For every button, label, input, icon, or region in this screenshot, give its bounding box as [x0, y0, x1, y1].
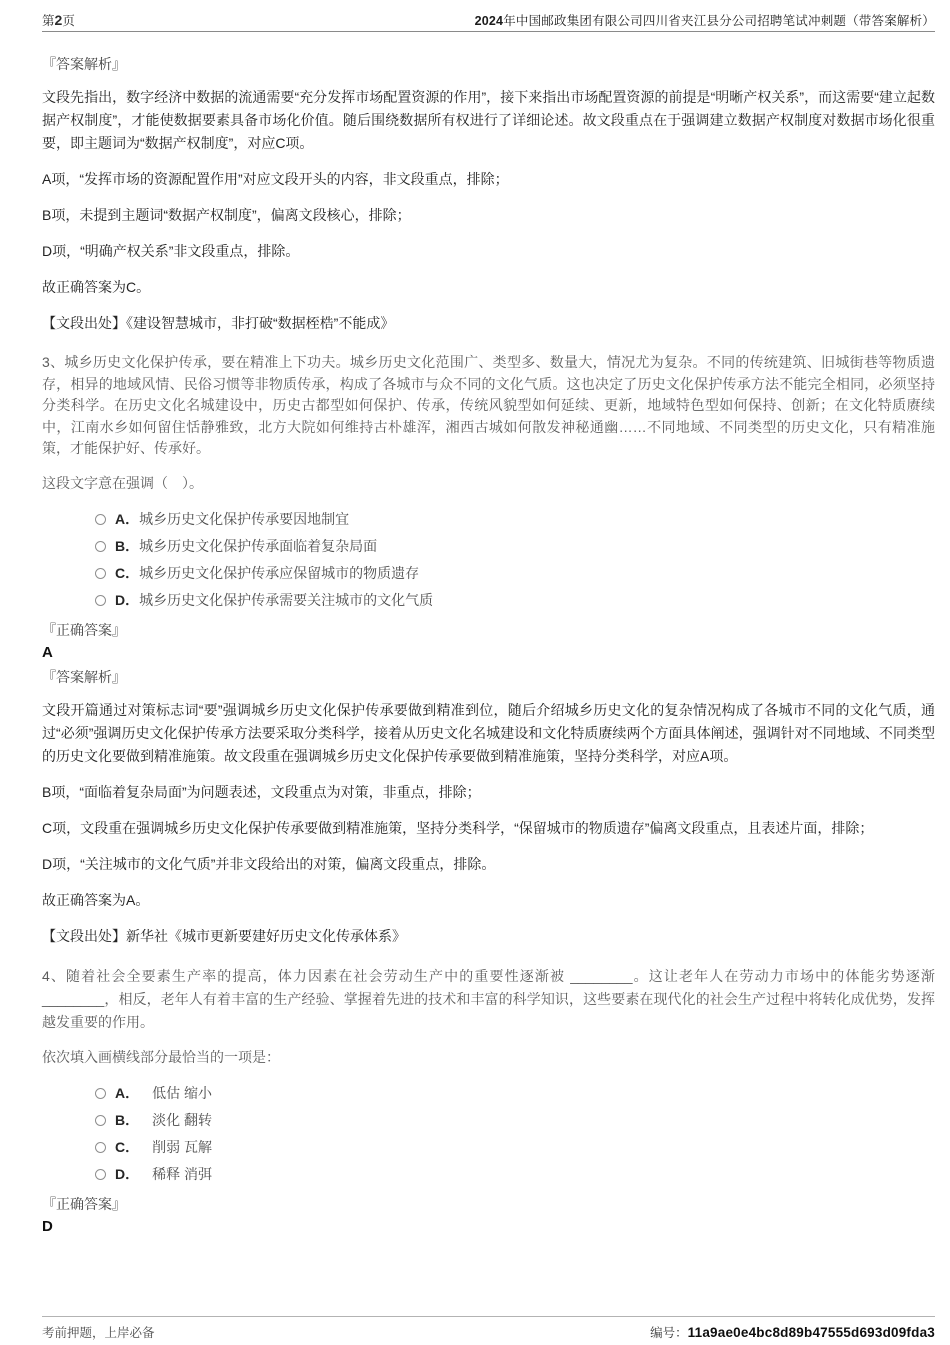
option-letter: A．: [115, 509, 139, 529]
option-letter: B．: [115, 536, 139, 556]
option-text: 稀释 消弭: [152, 1164, 212, 1184]
passage-source: 【文段出处】新华社《城市更新要建好历史文化传承体系》: [42, 925, 935, 948]
analysis-paragraph: C项，文段重在强调城乡历史文化保护传承要做到精准施策，坚持分类科学，“保留城市的…: [42, 817, 935, 840]
option-letter: C．: [115, 1137, 139, 1157]
radio-icon[interactable]: [95, 1088, 106, 1099]
analysis-label: 『答案解析』: [42, 54, 935, 74]
correct-answer-value: D: [42, 1218, 935, 1235]
document-id: 编号：11a9ae0e4bc8d89b47555d693d09fda3: [650, 1323, 935, 1341]
document-id-value: 11a9ae0e4bc8d89b47555d693d09fda3: [688, 1325, 935, 1340]
document-title-text: 年中国邮政集团有限公司四川省夹江县分公司招聘笔试冲刺题（带答案解析）: [503, 14, 935, 28]
question3-options: A．城乡历史文化保护传承要因地制宜 B．城乡历史文化保护传承面临着复杂局面 C．…: [95, 506, 935, 614]
option-letter: A．: [115, 1083, 139, 1103]
radio-icon[interactable]: [95, 1115, 106, 1126]
option-text: 城乡历史文化保护传承面临着复杂局面: [139, 536, 377, 556]
question3-ask: 这段文字意在强调（ ）。: [42, 473, 935, 493]
option-row-b[interactable]: B．淡化 翻转: [95, 1107, 935, 1134]
analysis-paragraph: D项，“明确产权关系”非文段重点，排除。: [42, 240, 935, 263]
option-letter: B．: [115, 1110, 139, 1130]
option-row-c[interactable]: C．城乡历史文化保护传承应保留城市的物质遗存: [95, 560, 935, 587]
analysis-conclusion: 故正确答案为C。: [42, 276, 935, 299]
page-number-prefix: 第: [42, 14, 55, 28]
option-row-a[interactable]: A．低估 缩小: [95, 1080, 935, 1107]
document-id-label: 编号：: [650, 1326, 688, 1340]
question3-stem: 3、城乡历史文化保护传承，要在精准上下功夫。城乡历史文化范围广、类型多、数量大，…: [42, 352, 935, 460]
option-row-d[interactable]: D．城乡历史文化保护传承需要关注城市的文化气质: [95, 587, 935, 614]
document-page: 第2页 2024年中国邮政集团有限公司四川省夹江县分公司招聘笔试冲刺题（带答案解…: [0, 0, 950, 1345]
document-body: 『答案解析』 文段先指出，数字经济中数据的流通需要“充分发挥市场配置资源的作用”…: [42, 33, 935, 1241]
option-row-b[interactable]: B．城乡历史文化保护传承面临着复杂局面: [95, 533, 935, 560]
page-header: 第2页 2024年中国邮政集团有限公司四川省夹江县分公司招聘笔试冲刺题（带答案解…: [42, 0, 935, 32]
option-row-d[interactable]: D．稀释 消弭: [95, 1161, 935, 1188]
analysis-paragraph: B项，未提到主题词“数据产权制度”，偏离文段核心，排除；: [42, 204, 935, 227]
option-text: 城乡历史文化保护传承应保留城市的物质遗存: [139, 563, 419, 583]
option-letter: D．: [115, 590, 139, 610]
option-row-a[interactable]: A．城乡历史文化保护传承要因地制宜: [95, 506, 935, 533]
analysis-paragraph: 文段先指出，数字经济中数据的流通需要“充分发挥市场配置资源的作用”，接下来指出市…: [42, 86, 935, 155]
analysis-label: 『答案解析』: [42, 667, 935, 687]
analysis-conclusion: 故正确答案为A。: [42, 889, 935, 912]
page-number-suffix: 页: [62, 14, 75, 28]
header-page-number: 第2页: [42, 11, 75, 29]
question4-stem: 4、随着社会全要素生产率的提高，体力因素在社会劳动生产中的重要性逐渐被 ____…: [42, 965, 935, 1034]
option-text: 削弱 瓦解: [152, 1137, 212, 1157]
analysis-paragraph: A项，“发挥市场的资源配置作用”对应文段开头的内容，非文段重点，排除；: [42, 168, 935, 191]
radio-icon[interactable]: [95, 568, 106, 579]
option-text: 城乡历史文化保护传承需要关注城市的文化气质: [139, 590, 433, 610]
option-text: 城乡历史文化保护传承要因地制宜: [139, 509, 349, 529]
question4-ask: 依次填入画横线部分最恰当的一项是：: [42, 1047, 935, 1067]
correct-answer-value: A: [42, 644, 935, 661]
radio-icon[interactable]: [95, 541, 106, 552]
analysis-paragraph: D项，“关注城市的文化气质”并非文段给出的对策，偏离文段重点，排除。: [42, 853, 935, 876]
option-letter: D．: [115, 1164, 139, 1184]
passage-source: 【文段出处】《建设智慧城市，非打破“数据桎梏”不能成》: [42, 312, 935, 335]
footer-note: 考前押题，上岸必备: [42, 1323, 155, 1341]
radio-icon[interactable]: [95, 1169, 106, 1180]
question4-options: A．低估 缩小 B．淡化 翻转 C．削弱 瓦解 D．稀释 消弭: [95, 1080, 935, 1188]
page-footer: 考前押题，上岸必备 编号：11a9ae0e4bc8d89b47555d693d0…: [42, 1316, 935, 1341]
analysis-paragraph: B项，“面临着复杂局面”为问题表述，文段重点为对策，非重点，排除；: [42, 781, 935, 804]
document-title-year: 2024: [475, 14, 504, 28]
radio-icon[interactable]: [95, 1142, 106, 1153]
option-letter: C．: [115, 563, 139, 583]
analysis-paragraph: 文段开篇通过对策标志词“要”强调城乡历史文化保护传承要做到精准到位，随后介绍城乡…: [42, 699, 935, 768]
option-text: 淡化 翻转: [152, 1110, 212, 1130]
correct-answer-label: 『正确答案』: [42, 620, 935, 640]
option-row-c[interactable]: C．削弱 瓦解: [95, 1134, 935, 1161]
correct-answer-label: 『正确答案』: [42, 1194, 935, 1214]
option-text: 低估 缩小: [152, 1083, 212, 1103]
radio-icon[interactable]: [95, 514, 106, 525]
document-title: 2024年中国邮政集团有限公司四川省夹江县分公司招聘笔试冲刺题（带答案解析）: [475, 11, 935, 29]
radio-icon[interactable]: [95, 595, 106, 606]
